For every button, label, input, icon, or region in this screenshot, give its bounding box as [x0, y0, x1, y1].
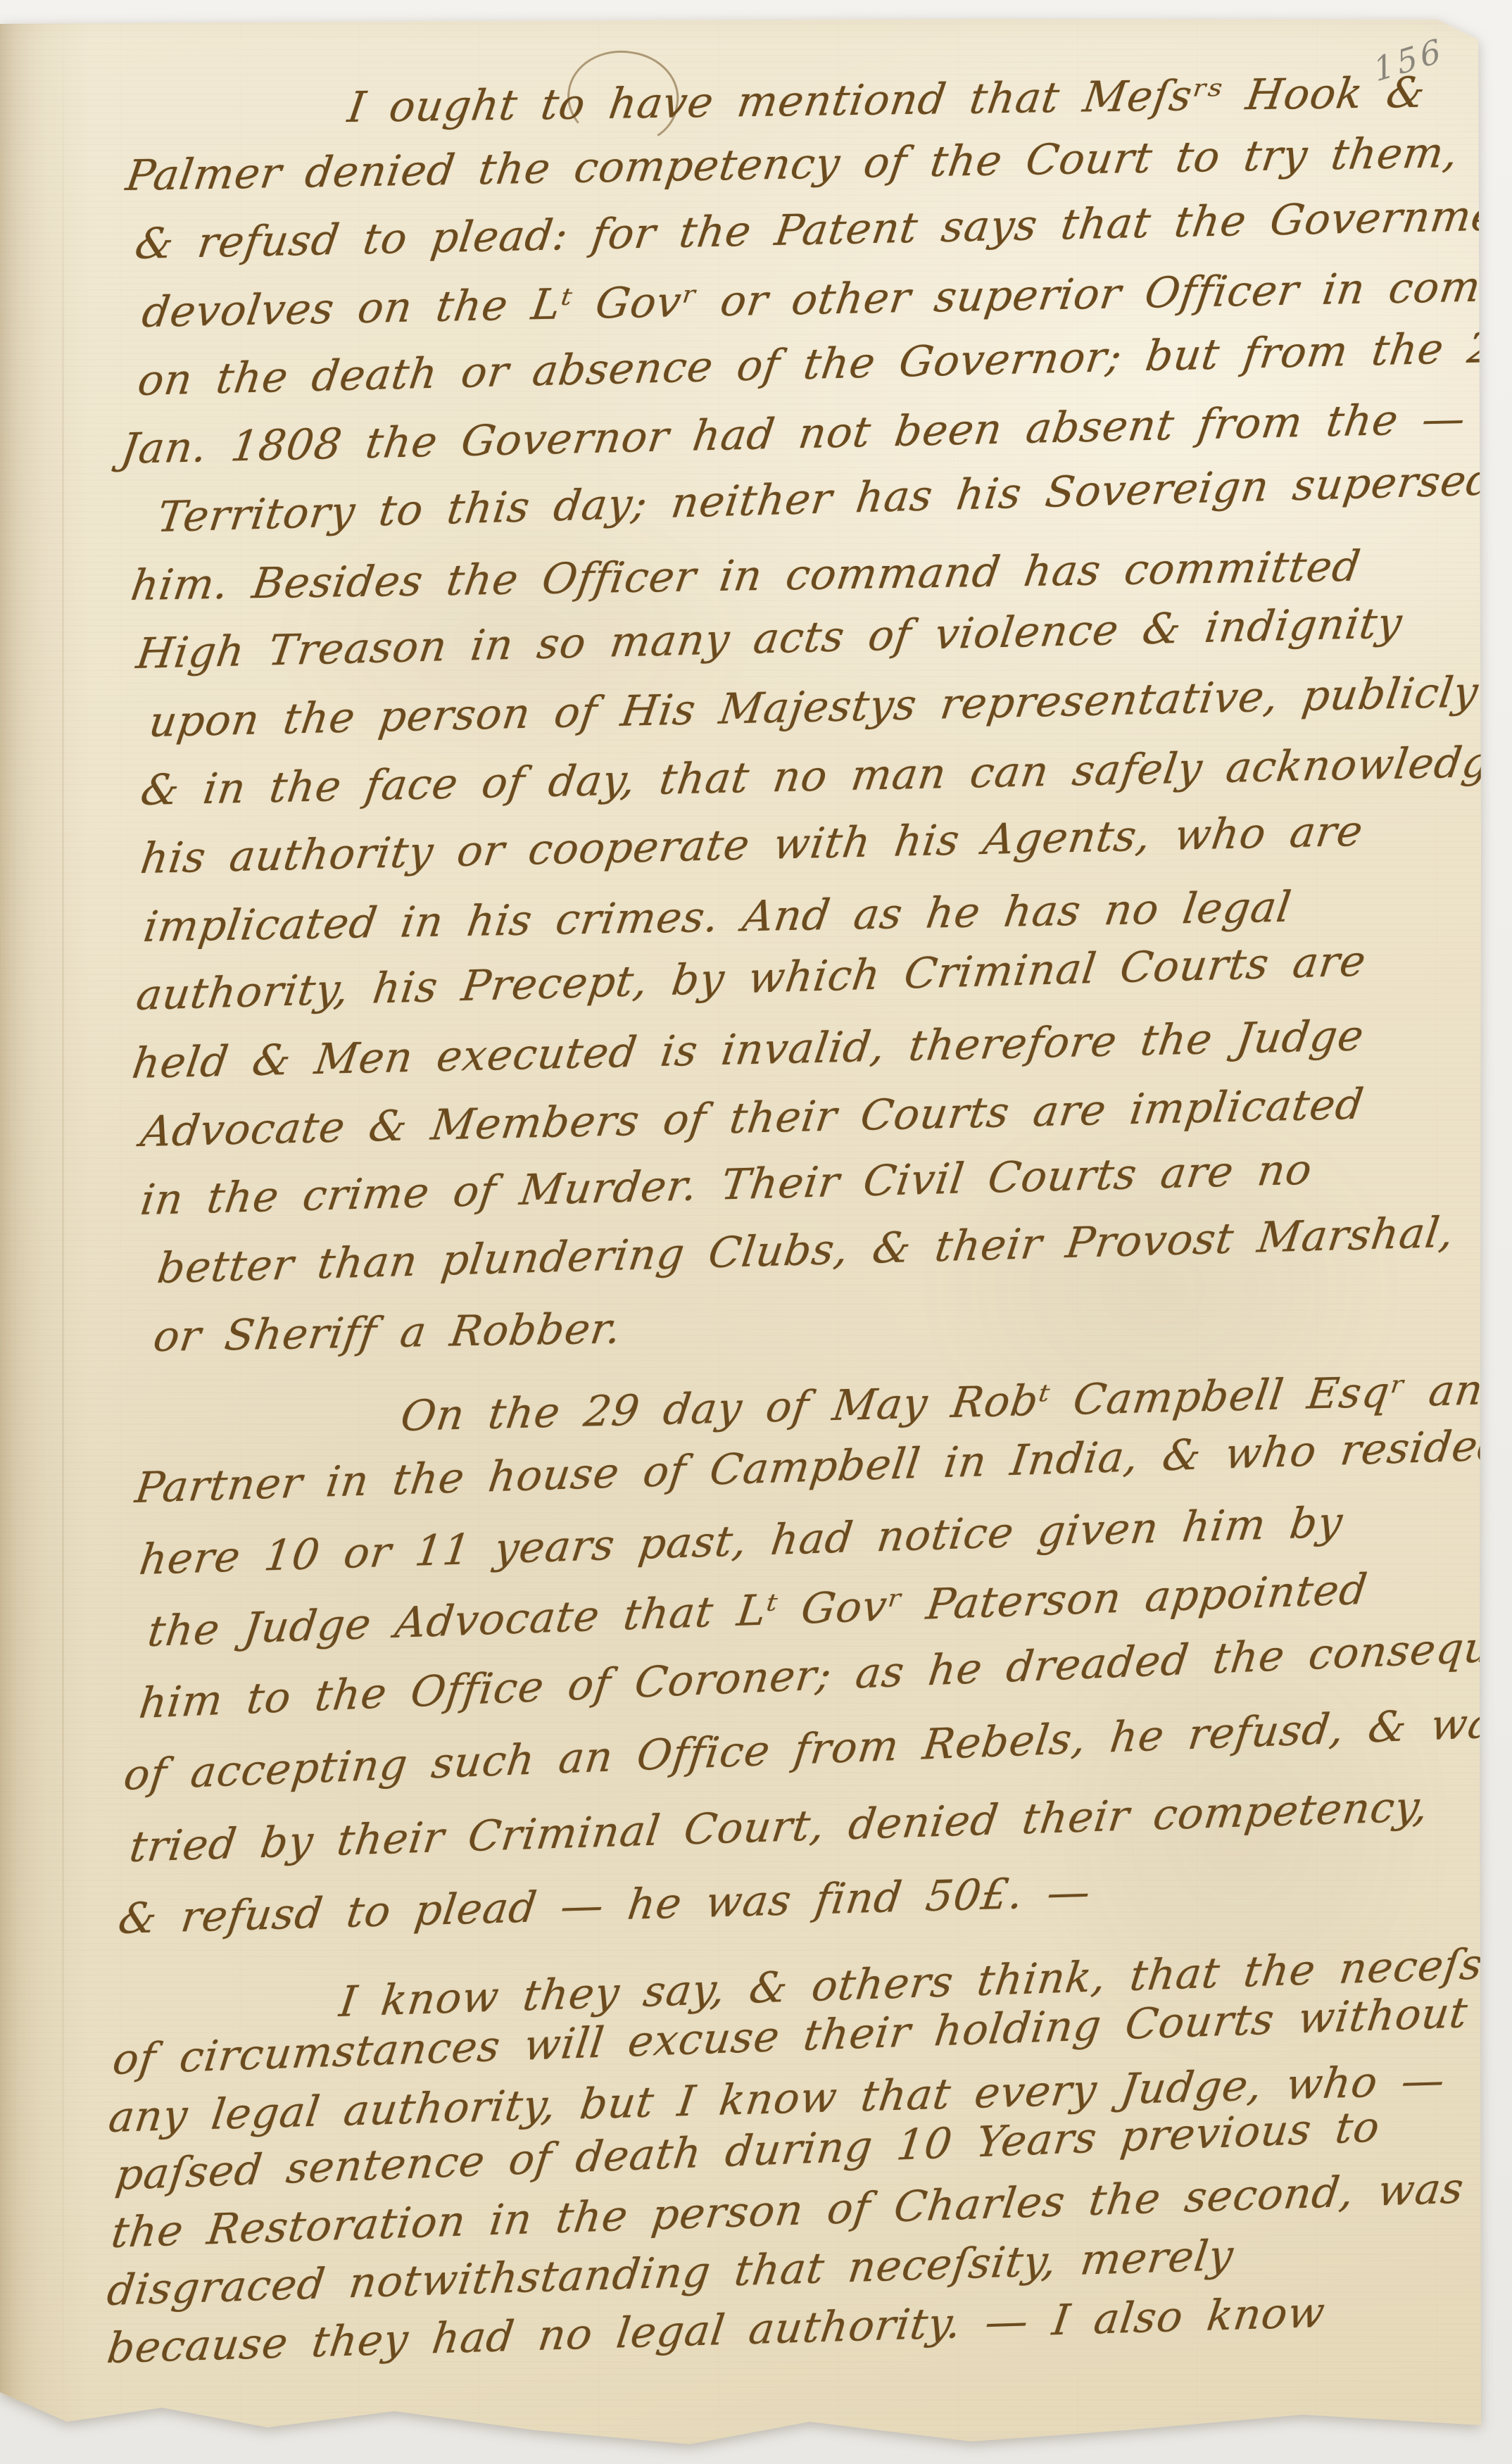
vertical-crease [62, 0, 64, 2464]
manuscript-page: 156 I ought to have mentiond that Meſsʳˢ… [0, 0, 1512, 2464]
manuscript-text-block: I ought to have mentiond that Meſsʳˢ Hoo… [106, 83, 1457, 2382]
scan-background: 156 I ought to have mentiond that Meſsʳˢ… [0, 0, 1512, 2464]
left-edge-shading [0, 0, 92, 2464]
paper-shadow-wrap: 156 I ought to have mentiond that Meſsʳˢ… [0, 0, 1512, 2464]
